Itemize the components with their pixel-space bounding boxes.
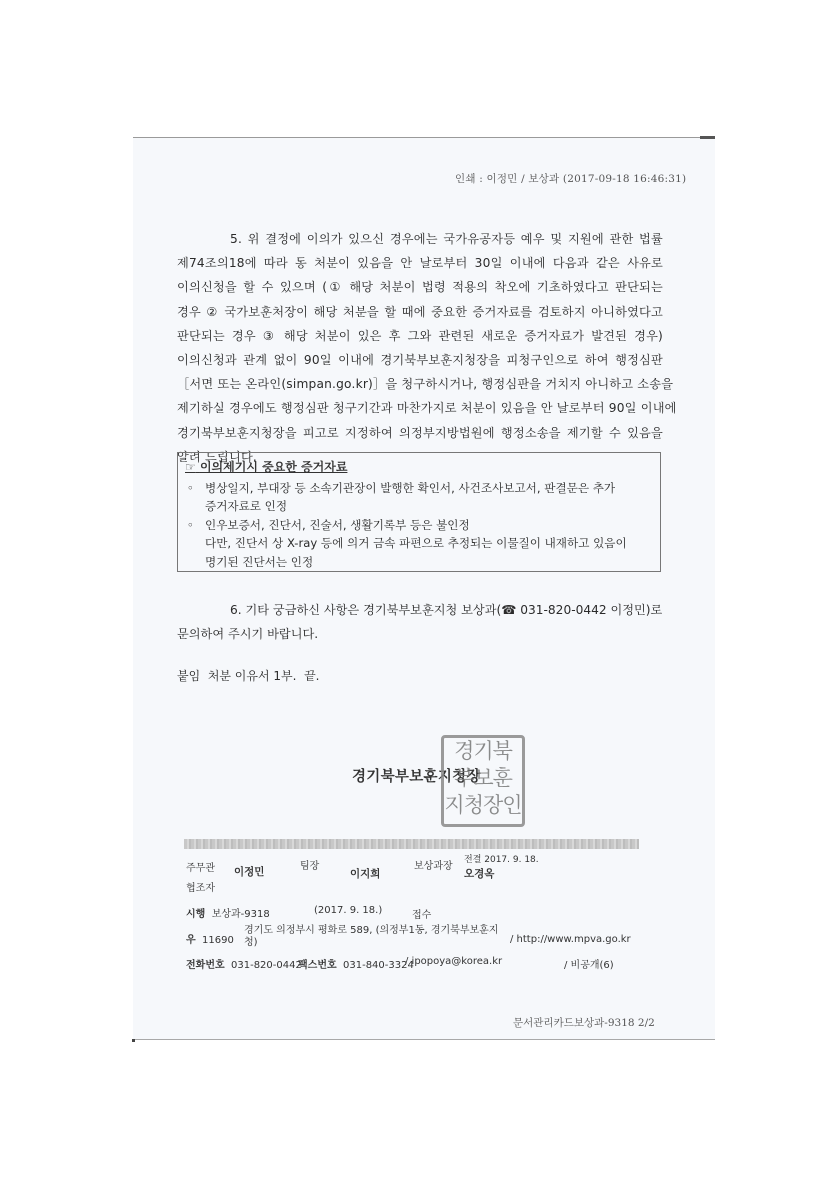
list-item: ◦ 인우보증서, 진단서, 진술서, 생활기록부 등은 불인정 다만, 진단서 …: [185, 516, 655, 571]
address: 경기도 의정부시 평화로 589, (의정부1동, 경기북부보훈지 청): [244, 925, 498, 949]
stamp-row: 지청장인: [444, 792, 522, 819]
pointing-hand-icon: ☞: [185, 460, 196, 474]
disclosure-status: / 비공개(6): [564, 956, 614, 971]
list-item-line: 다만, 진단서 상 X-ray 등에 의거 금속 파편으로 추정되는 이물질이 …: [205, 534, 655, 552]
final-approval-date: 전결 2017. 9. 18.: [464, 852, 539, 865]
stamp-row: 부보훈: [444, 765, 522, 792]
document-number: 보상과-9318: [212, 909, 270, 920]
list-item-line: 명기된 진단서는 인정: [205, 553, 655, 571]
postal-line: 우 11690: [186, 931, 234, 946]
section-chief-label: 보상과장: [414, 857, 453, 872]
enforcement-line: 시행 보상과-9318: [186, 905, 270, 920]
print-header: 인쇄 : 이정민 / 보상과 (2017-09-18 16:46:31): [455, 171, 686, 186]
enforcement-date: (2017. 9. 18.): [314, 905, 382, 916]
list-item-line: 인우보증서, 진단서, 진술서, 생활기록부 등은 불인정: [205, 516, 655, 534]
address-line: 청): [244, 937, 498, 949]
notice-list: ◦ 병상일지, 부대장 등 소속기관장이 발행한 확인서, 사건조사보고서, 판…: [185, 479, 655, 571]
section-chief-name: 오경옥: [464, 866, 494, 881]
list-item: ◦ 병상일지, 부대장 등 소속기관장이 발행한 확인서, 사건조사보고서, 판…: [185, 479, 655, 516]
notice-title-text: 이의제기시 중요한 증거자료: [200, 460, 347, 474]
paragraph-line: ［서면 또는 온라인(simpan.go.kr)］을 청구하시거나, 행정심판을…: [177, 372, 663, 396]
postal-label: 우: [186, 935, 196, 946]
scan-corner-mark: [132, 1039, 135, 1042]
evidence-notice-box: ☞ 이의제기시 중요한 증거자료 ◦ 병상일지, 부대장 등 소속기관장이 발행…: [177, 452, 661, 572]
list-item-line: 증거자료로 인정: [205, 497, 655, 515]
bullet-icon: ◦: [187, 479, 194, 497]
drafter-name: 이정민: [234, 864, 264, 879]
attachment-note: 붙임 처분 이유서 1부. 끝.: [177, 667, 319, 684]
paragraph-line: 5. 위 결정에 이의가 있으신 경우에는 국가유공자등 예우 및 지원에 관한…: [177, 227, 663, 251]
paragraph-line: 제기하실 경우에도 행정심판 청구기간과 마찬가지로 처분이 있음을 안 날로부…: [177, 396, 663, 420]
paragraph-line: 6. 기타 궁금하신 사항은 경기북부보훈지청 보상과(☎ 031-820-04…: [177, 598, 663, 622]
phone-number: 031-820-0442: [231, 960, 302, 971]
list-item-line: 병상일지, 부대장 등 소속기관장이 발행한 확인서, 사건조사보고서, 판결문…: [205, 479, 655, 497]
fax-line: 팩스번호 031-840-3324: [298, 956, 414, 971]
phone-line: 전화번호 031-820-0442: [186, 956, 302, 971]
paragraph-line: 이의신청과 관계 없이 90일 이내에 경기북부보훈지청장을 피청구인으로 하여…: [177, 348, 663, 372]
team-lead-label: 팀장: [300, 857, 319, 872]
paragraph-line: 판단되는 경우 ③ 해당 처분이 있은 후 그와 관련된 새로운 증거자료가 발…: [177, 324, 663, 348]
team-lead-name: 이지희: [350, 866, 380, 881]
enforcement-label: 시행: [186, 909, 205, 920]
fax-number: 031-840-3324: [343, 960, 414, 971]
paragraph-line: 제74조의18에 따라 동 처분이 있음을 안 날로부터 30일 이내에 다음과…: [177, 251, 663, 275]
divider-band: [184, 839, 639, 849]
fax-label: 팩스번호: [298, 960, 337, 971]
cooperator-label: 협조자: [186, 879, 215, 894]
paragraph-line: 경우 ② 국가보훈처장이 해당 처분을 할 때에 중요한 증거자료를 검토하지 …: [177, 300, 663, 324]
paragraph-line: 문의하여 주시기 바랍니다.: [177, 622, 663, 646]
paragraph-5: 5. 위 결정에 이의가 있으신 경우에는 국가유공자등 예우 및 지원에 관한…: [177, 227, 663, 469]
drafter-label: 주무관: [186, 859, 215, 874]
paragraph-6: 6. 기타 궁금하신 사항은 경기북부보훈지청 보상과(☎ 031-820-04…: [177, 598, 663, 646]
postal-code: 11690: [202, 935, 234, 946]
address-line: 경기도 의정부시 평화로 589, (의정부1동, 경기북부보훈지: [244, 925, 498, 937]
notice-title: ☞ 이의제기시 중요한 증거자료: [185, 458, 347, 475]
paragraph-line: 이의신청을 할 수 있으며 (① 해당 처분이 법령 적용의 착오에 기초하였다…: [177, 275, 663, 299]
stamp-row: 경기북: [444, 738, 522, 765]
document-card-footer: 문서관리카드보상과-9318 2/2: [513, 1015, 655, 1030]
phone-label: 전화번호: [186, 960, 225, 971]
official-seal-stamp: 경기북 부보훈 지청장인: [441, 735, 525, 827]
website-link[interactable]: / http://www.mpva.go.kr: [510, 934, 631, 945]
bullet-icon: ◦: [187, 516, 194, 534]
email-link[interactable]: / ipopoya@korea.kr: [405, 956, 502, 967]
receipt-label: 접수: [412, 906, 431, 921]
paragraph-line: 경기북부보훈지청장을 피고로 지정하여 의정부지방법원에 행정소송을 제기할 수…: [177, 421, 663, 445]
scan-edge-mark: [700, 136, 715, 139]
